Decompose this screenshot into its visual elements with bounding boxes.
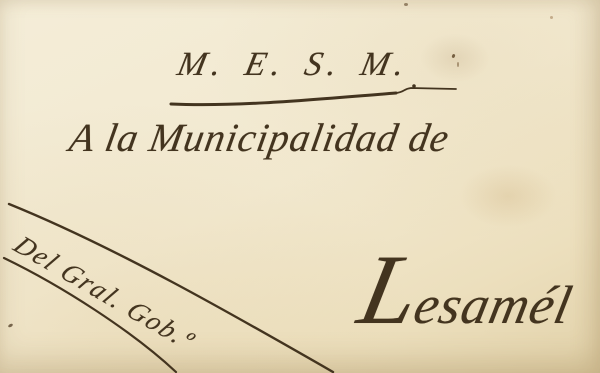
ink-speck — [8, 323, 14, 328]
underline-flourish — [171, 93, 396, 105]
letter-cover-scan: M. E. S. M. A la Municipalidad de Del Gr… — [0, 0, 600, 373]
top-inscription: M. E. S. M. — [174, 48, 413, 82]
origin-marking: Del Gral. Gob.º — [8, 232, 200, 354]
ink-speck — [457, 62, 459, 67]
address-line: A la Municipalidad de — [66, 118, 452, 158]
underline-dot — [412, 84, 416, 88]
ink-speck — [451, 54, 455, 59]
ink-speck — [404, 3, 408, 6]
foxing-spot — [550, 16, 553, 19]
destination-name: Lesamél — [351, 240, 585, 340]
underline-flourish-tail — [396, 88, 456, 93]
